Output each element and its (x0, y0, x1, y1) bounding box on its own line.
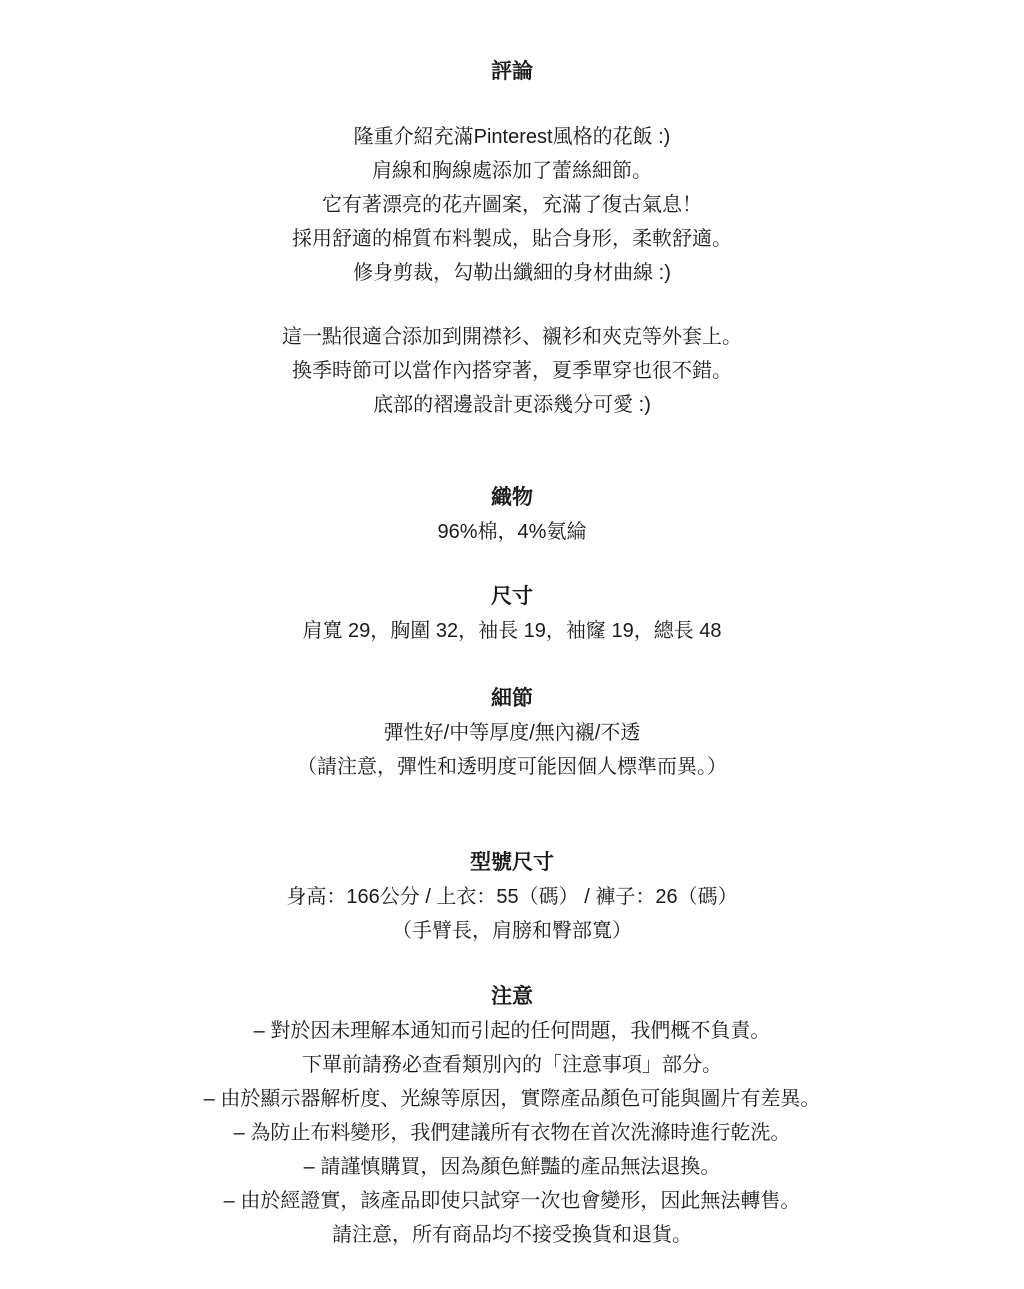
notice-item: – 由於經證實，該產品即使只試穿一次也會變形，因此無法轉售。 (0, 1184, 1024, 1218)
notice-item: – 由於顯示器解析度、光線等原因，實際產品顏色可能與圖片有差異。 (0, 1082, 1024, 1116)
section-fabric-heading: 織物 (0, 481, 1024, 515)
text-line: 隆重介紹充滿Pinterest風格的花飯 :) (0, 120, 1024, 154)
section-detail-heading: 細節 (0, 682, 1024, 716)
section-notice: 注意 – 對於因未理解本通知而引起的任何問題，我們概不負責。 下單前請務必查看類… (0, 980, 1024, 1252)
size-measurements: 肩寬 29，胸圍 32，袖長 19，袖窿 19，總長 48 (0, 614, 1024, 648)
product-description-page: 評論 隆重介紹充滿Pinterest風格的花飯 :) 肩線和胸線處添加了蕾絲細節… (0, 0, 1024, 1289)
page-title: 評論 (0, 55, 1024, 89)
notice-item: 下單前請務必查看類別內的「注意事項」部分。 (0, 1048, 1024, 1082)
text-line: 肩線和胸線處添加了蕾絲細節。 (0, 154, 1024, 188)
detail-properties: 彈性好/中等厚度/無內襯/不透 (0, 716, 1024, 750)
notice-item: 請注意，所有商品均不接受換貨和退貨。 (0, 1218, 1024, 1252)
section-model-size: 型號尺寸 身高：166公分 / 上衣：55（碼） / 褲子：26（碼） （手臂長… (0, 846, 1024, 948)
section-notice-heading: 注意 (0, 980, 1024, 1014)
fabric-composition: 96%棉，4%氨綸 (0, 515, 1024, 549)
text-line: 底部的褶邊設計更添幾分可愛 :) (0, 388, 1024, 422)
section-fabric: 織物 96%棉，4%氨綸 (0, 481, 1024, 549)
section-size-heading: 尺寸 (0, 580, 1024, 614)
model-measurements: 身高：166公分 / 上衣：55（碼） / 褲子：26（碼） (0, 880, 1024, 914)
notice-item: – 為防止布料變形，我們建議所有衣物在首次洗滌時進行乾洗。 (0, 1116, 1024, 1150)
section-detail: 細節 彈性好/中等厚度/無內襯/不透 （請注意，彈性和透明度可能因個人標準而異。… (0, 682, 1024, 784)
notice-item: – 對於因未理解本通知而引起的任何問題，我們概不負責。 (0, 1014, 1024, 1048)
text-line: 這一點很適合添加到開襟衫、襯衫和夾克等外套上。 (0, 320, 1024, 354)
text-line: 換季時節可以當作內搭穿著，夏季單穿也很不錯。 (0, 354, 1024, 388)
intro-paragraph: 隆重介紹充滿Pinterest風格的花飯 :) 肩線和胸線處添加了蕾絲細節。 它… (0, 120, 1024, 290)
text-line: 修身剪裁，勾勒出纖細的身材曲線 :) (0, 256, 1024, 290)
notice-item: – 請謹慎購買，因為顏色鮮豔的產品無法退換。 (0, 1150, 1024, 1184)
detail-note: （請注意，彈性和透明度可能因個人標準而異。） (0, 750, 1024, 784)
text-line: 採用舒適的棉質布料製成，貼合身形，柔軟舒適。 (0, 222, 1024, 256)
model-measurements-note: （手臂長，肩膀和臀部寬） (0, 914, 1024, 948)
text-line: 它有著漂亮的花卉圖案，充滿了復古氣息！ (0, 188, 1024, 222)
section-size: 尺寸 肩寬 29，胸圍 32，袖長 19，袖窿 19，總長 48 (0, 580, 1024, 648)
styling-paragraph: 這一點很適合添加到開襟衫、襯衫和夾克等外套上。 換季時節可以當作內搭穿著，夏季單… (0, 320, 1024, 422)
section-model-size-heading: 型號尺寸 (0, 846, 1024, 880)
